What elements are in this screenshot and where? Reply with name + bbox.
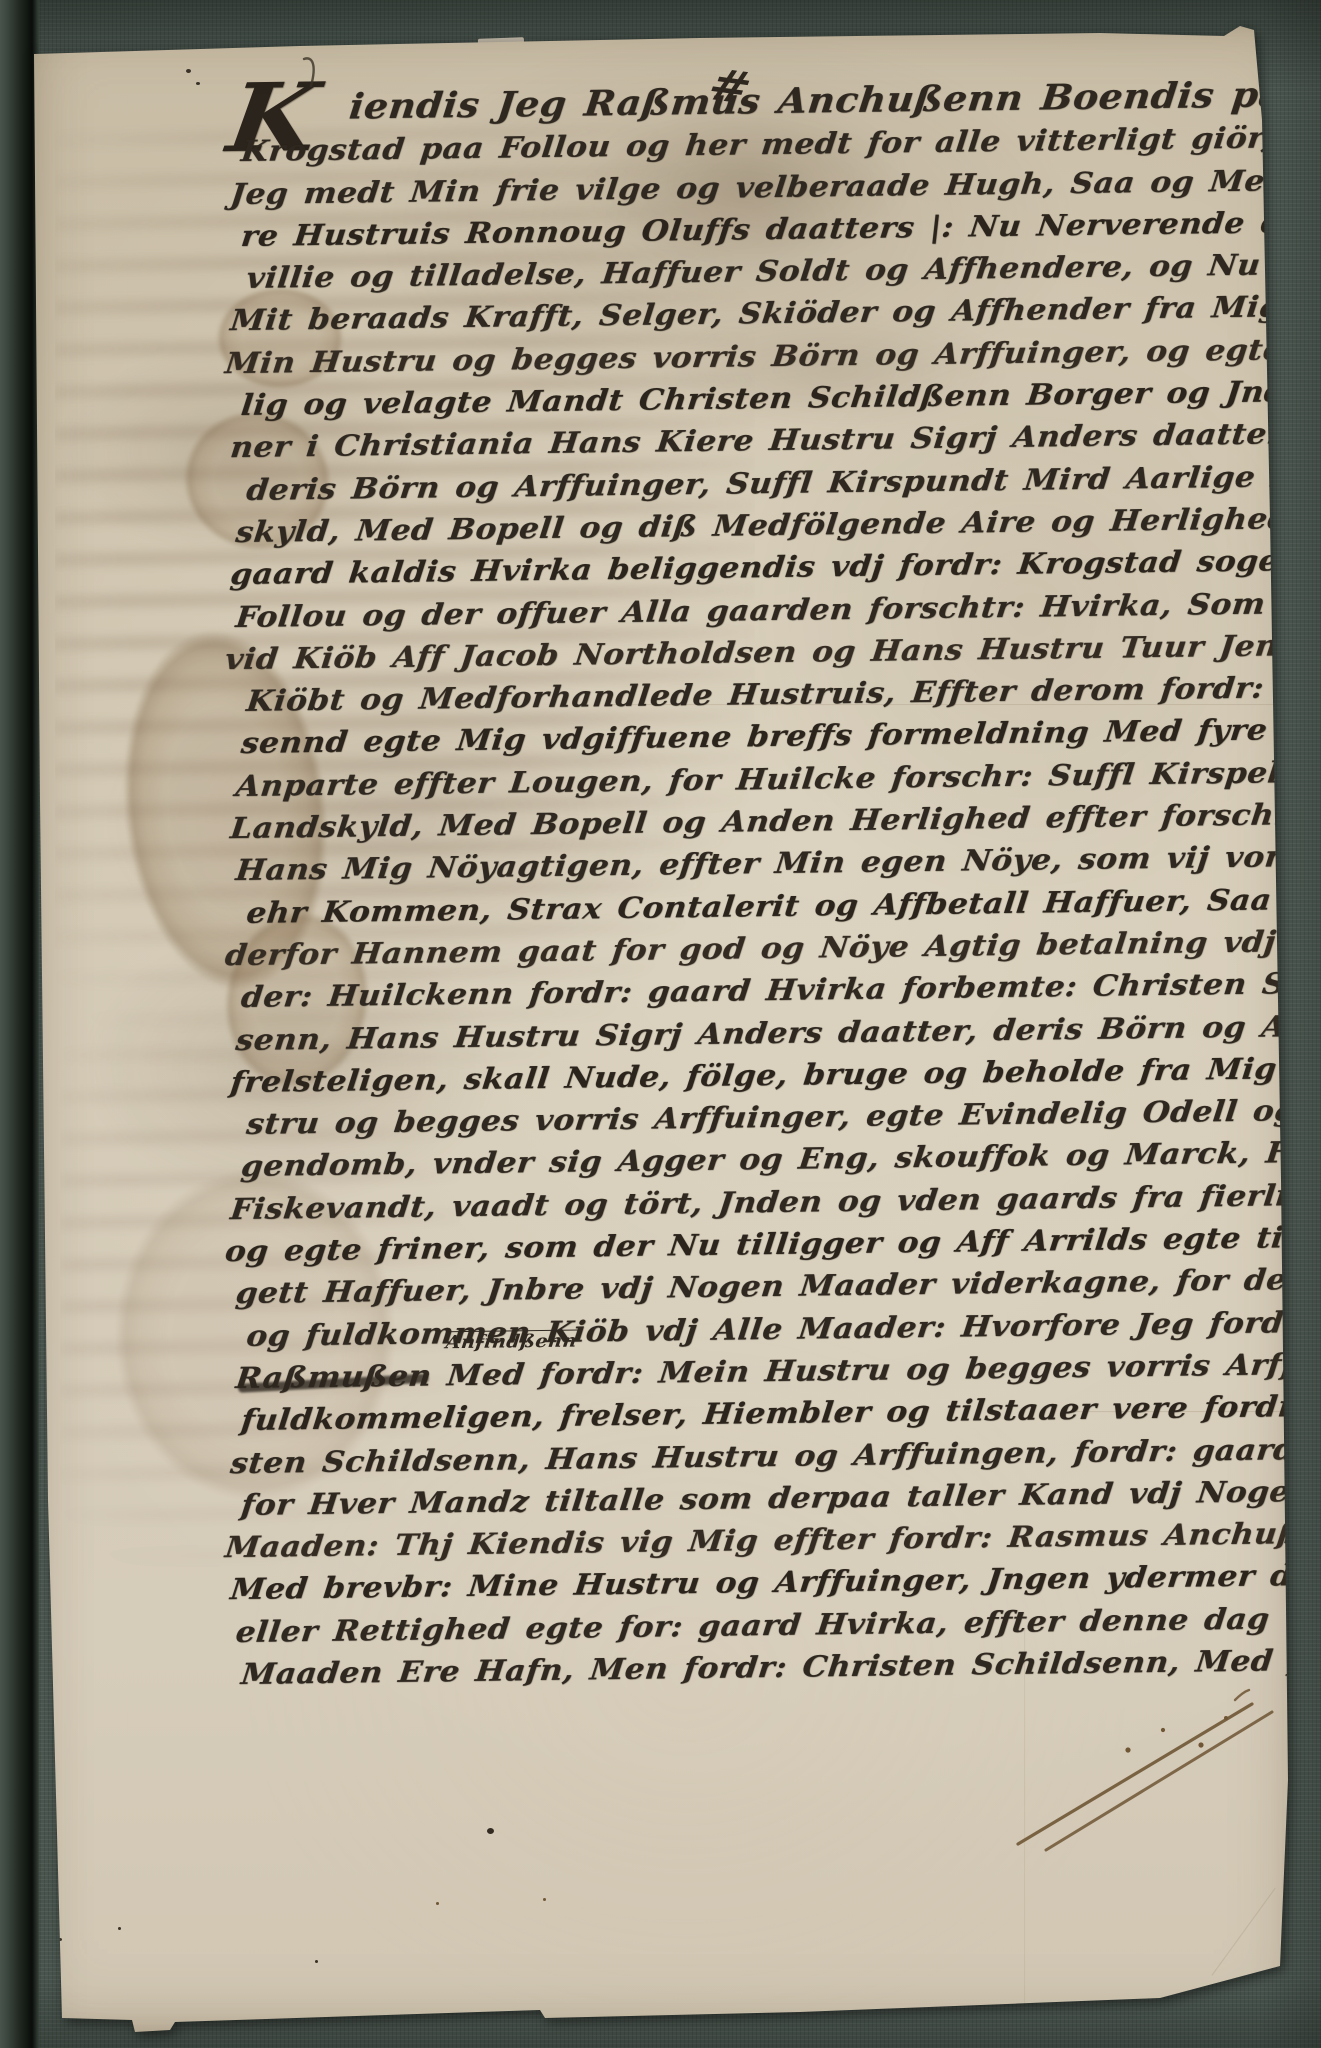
paper-edge-shading: [0, 0, 1321, 2048]
manuscript-page: K # iendis Jeg Raßmus Anchußenn Boendis …: [0, 0, 1321, 2048]
manuscript-page-wrap: K # iendis Jeg Raßmus Anchußenn Boendis …: [0, 0, 1321, 2048]
scan-background: K # iendis Jeg Raßmus Anchußenn Boendis …: [0, 0, 1321, 2048]
